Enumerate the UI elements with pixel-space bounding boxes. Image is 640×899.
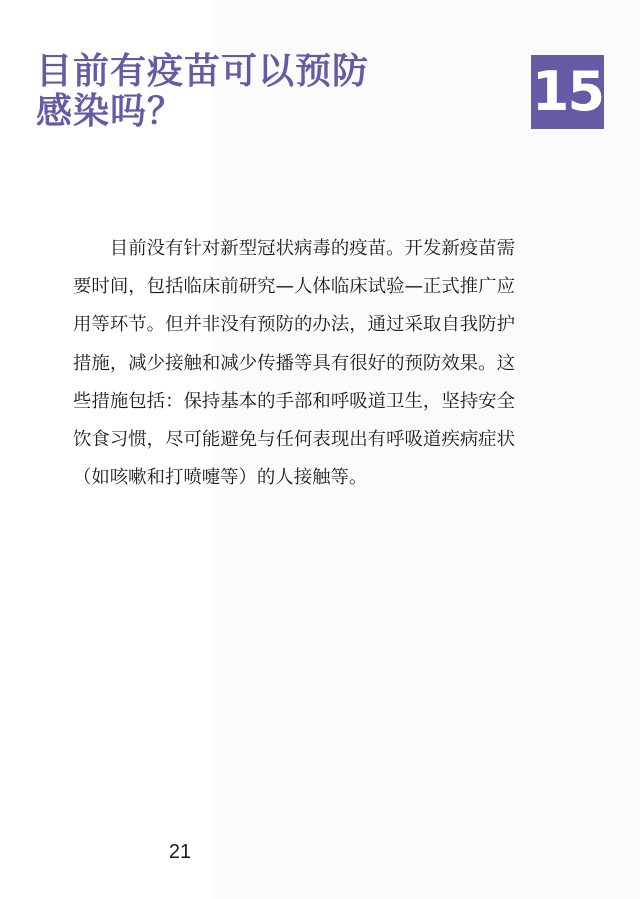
question-number-badge: 15: [531, 55, 604, 129]
page-title: 目前有疫苗可以预防 感染吗？: [36, 52, 506, 132]
page-title-line-1: 目前有疫苗可以预防: [36, 52, 506, 92]
page-title-line-2: 感染吗？: [36, 92, 506, 132]
body-paragraph: 目前没有针对新型冠状病毒的疫苗。开发新疫苗需要时间，包括临床前研究—人体临床试验…: [73, 230, 515, 497]
document-page: 目前有疫苗可以预防 感染吗？ 15 目前没有针对新型冠状病毒的疫苗。开发新疫苗需…: [0, 0, 640, 899]
page-number: 21: [160, 840, 200, 864]
